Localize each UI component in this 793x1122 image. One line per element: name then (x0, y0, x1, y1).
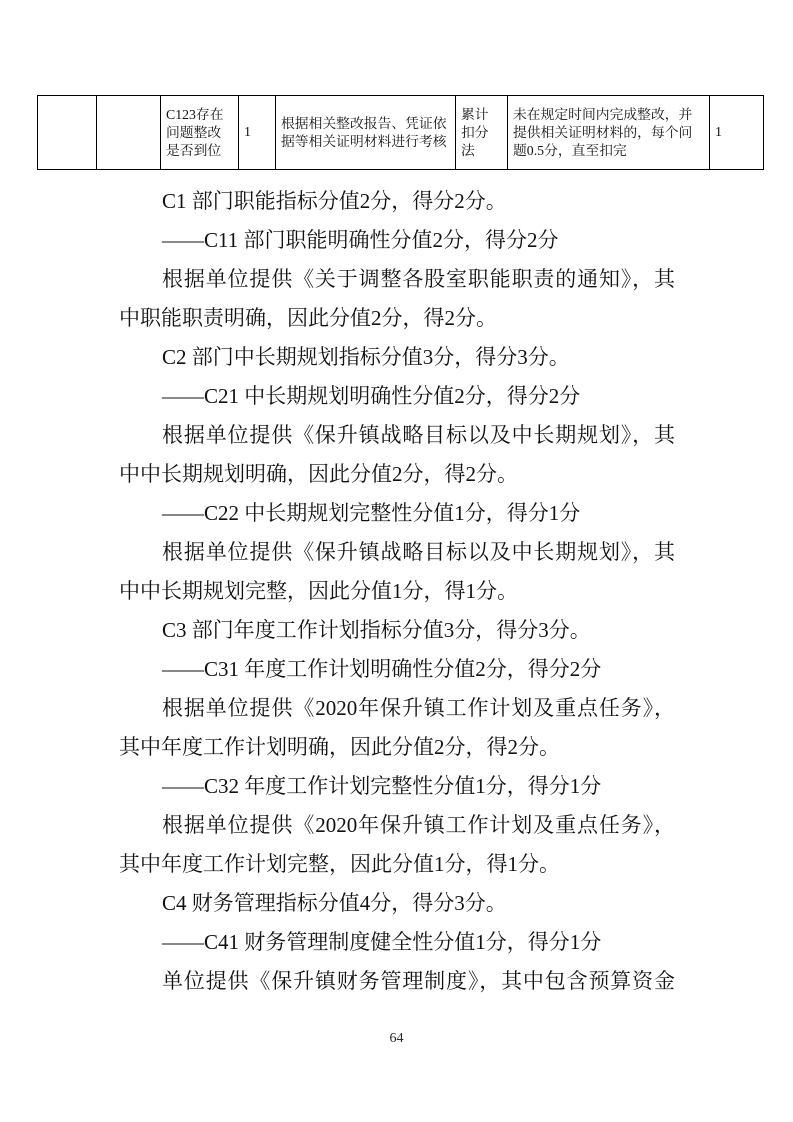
table-cell-empty-1 (38, 96, 97, 170)
text-line: ——C11 部门职能明确性分值2分，得分2分 (119, 221, 675, 260)
text-line: C1 部门职能指标分值2分，得分2分。 (119, 182, 675, 221)
text-line: 根据单位提供《2020年保升镇工作计划及重点任务》， (119, 689, 675, 728)
text-line: 根据单位提供《保升镇战略目标以及中长期规划》，其 (119, 533, 675, 572)
body-text: C1 部门职能指标分值2分，得分2分。——C11 部门职能明确性分值2分，得分2… (119, 182, 675, 1001)
document-page: C123存在问题整改是否到位 1 根据相关整改报告、凭证依据等相关证明材料进行考… (0, 0, 793, 1122)
text-line: C4 财务管理指标分值4分，得分3分。 (119, 884, 675, 923)
text-line: 根据单位提供《关于调整各股室职能职责的通知》，其 (119, 260, 675, 299)
text-line: 中中长期规划完整，因此分值1分，得1分。 (119, 572, 675, 611)
table-cell-rule: 未在规定时间内完成整改，并提供相关证明材料的，每个问题0.5分，直至扣完 (508, 96, 710, 170)
table-cell-method: 累计扣分法 (456, 96, 508, 170)
text-line: 其中年度工作计划完整，因此分值1分，得1分。 (119, 845, 675, 884)
score-table: C123存在问题整改是否到位 1 根据相关整改报告、凭证依据等相关证明材料进行考… (37, 95, 764, 170)
text-line: 中中长期规划明确，因此分值2分，得2分。 (119, 455, 675, 494)
text-line: ——C21 中长期规划明确性分值2分，得分2分 (119, 377, 675, 416)
text-line: ——C31 年度工作计划明确性分值2分，得分2分 (119, 650, 675, 689)
text-line: ——C41 财务管理制度健全性分值1分，得分1分 (119, 923, 675, 962)
table-cell-basis: 根据相关整改报告、凭证依据等相关证明材料进行考核 (276, 96, 456, 170)
table-cell-score: 1 (710, 96, 764, 170)
table-cell-indicator: C123存在问题整改是否到位 (161, 96, 239, 170)
text-line: 根据单位提供《保升镇战略目标以及中长期规划》，其 (119, 416, 675, 455)
table-cell-weight: 1 (239, 96, 276, 170)
text-line: ——C32 年度工作计划完整性分值1分，得分1分 (119, 767, 675, 806)
table-cell-empty-2 (97, 96, 161, 170)
text-line: 单位提供《保升镇财务管理制度》，其中包含预算资金 (119, 962, 675, 1001)
text-line: C2 部门中长期规划指标分值3分，得分3分。 (119, 338, 675, 377)
text-line: 中职能职责明确，因此分值2分，得2分。 (119, 299, 675, 338)
text-line: C3 部门年度工作计划指标分值3分，得分3分。 (119, 611, 675, 650)
text-line: 根据单位提供《2020年保升镇工作计划及重点任务》， (119, 806, 675, 845)
table-row: C123存在问题整改是否到位 1 根据相关整改报告、凭证依据等相关证明材料进行考… (38, 96, 764, 170)
text-line: ——C22 中长期规划完整性分值1分，得分1分 (119, 494, 675, 533)
text-line: 其中年度工作计划明确，因此分值2分，得2分。 (119, 728, 675, 767)
page-number: 64 (0, 1031, 793, 1047)
